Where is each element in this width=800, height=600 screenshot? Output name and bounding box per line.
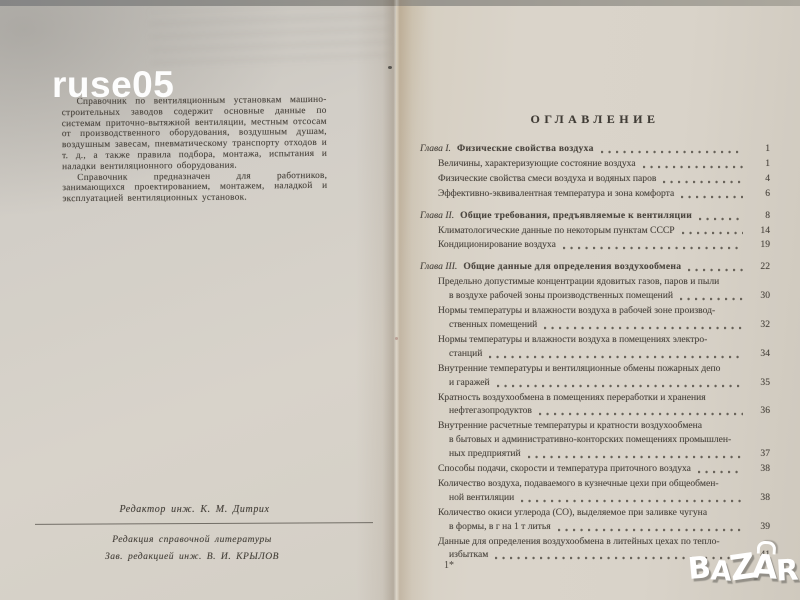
- dot-leader: [497, 384, 743, 388]
- toc-page-number: 4: [746, 172, 770, 186]
- toc-entry-text: Нормы температуры и влажности воздуха в …: [438, 304, 715, 318]
- toc-page-number: 39: [746, 520, 770, 534]
- toc-entry-text: Физические свойства смеси воздуха и водя…: [438, 172, 656, 186]
- dot-leader: [698, 470, 743, 474]
- toc-page-number: 19: [746, 238, 770, 252]
- toc-page-number: 32: [746, 318, 770, 332]
- toc-line: Величины, характеризующие состояние возд…: [420, 157, 770, 171]
- toc-entry: Способы подачи, скорости и температура п…: [420, 462, 770, 476]
- toc-entry: Физические свойства смеси воздуха и водя…: [420, 172, 770, 186]
- dot-leader: [643, 165, 743, 169]
- bazar-watermark: BAZAR: [688, 550, 798, 596]
- signature-mark: 1*: [444, 560, 454, 571]
- toc-line: Количество окиси углерода (СО), выделяем…: [420, 506, 770, 520]
- toc-entry-text: ных предприятий: [449, 447, 521, 461]
- toc-page-number: 1: [746, 142, 770, 156]
- toc-line: Глава II.Общие требования, предъявляемые…: [420, 209, 770, 223]
- dot-leader: [563, 246, 743, 250]
- toc-line: Климатологические данные по некоторым пу…: [420, 224, 770, 238]
- annotation-paragraph: Справочник по вентиляционным установкам …: [62, 95, 328, 173]
- toc-line: в формы, в г на 1 т литья39: [420, 520, 770, 534]
- dot-leader: [688, 268, 743, 272]
- toc-entry-text: ственных помещений: [449, 318, 537, 332]
- toc-entry: Нормы температуры и влажности воздуха в …: [420, 304, 770, 332]
- table-of-contents: ОГЛАВЛЕНИЕ Глава I.Физические свойства в…: [420, 112, 770, 563]
- toc-line: Внутренние расчетные температуры и кратн…: [420, 419, 770, 433]
- toc-page-number: 36: [746, 404, 770, 418]
- toc-line: Внутренние температуры и вентиляционные …: [420, 362, 770, 376]
- toc-line: ных предприятий37: [420, 447, 770, 461]
- dot-leader: [681, 195, 743, 199]
- toc-entry-text: Нормы температуры и влажности воздуха в …: [438, 333, 707, 347]
- toc-entry: Внутренние температуры и вентиляционные …: [420, 362, 770, 390]
- toc-entry-text: Предельно допустимые концентрации ядовит…: [438, 275, 719, 289]
- toc-line: Глава I.Физические свойства воздуха1: [420, 142, 770, 156]
- toc-page-number: 38: [746, 462, 770, 476]
- ruse05-watermark: ruse05: [52, 64, 174, 106]
- toc-entry-text: станций: [449, 347, 482, 361]
- toc-line: Нормы температуры и влажности воздуха в …: [420, 304, 770, 318]
- toc-line: Кондиционирование воздуха19: [420, 238, 770, 252]
- dot-leader: [558, 528, 743, 532]
- toc-line: Глава III.Общие данные для определения в…: [420, 260, 770, 274]
- toc-page-number: 35: [746, 376, 770, 390]
- toc-page-number: 8: [746, 209, 770, 223]
- toc-page-number: 6: [746, 187, 770, 201]
- toc-entry-text: и гаражей: [449, 376, 490, 390]
- toc-entry-text: Количество воздуха, подаваемого в кузнеч…: [438, 477, 719, 491]
- toc-list: Глава I.Физические свойства воздуха1Вели…: [420, 142, 770, 562]
- toc-entry-text: Внутренние температуры и вентиляционные …: [438, 362, 720, 376]
- toc-page-number: 34: [746, 347, 770, 361]
- toc-entry-text: Способы подачи, скорости и температура п…: [438, 462, 691, 476]
- toc-chapter: Глава I.Физические свойства воздуха1: [420, 142, 770, 156]
- toc-page-number: 37: [746, 447, 770, 461]
- toc-line: Предельно допустимые концентрации ядовит…: [420, 275, 770, 289]
- toc-entry-text: Данные для определения воздухообмена в л…: [438, 535, 720, 549]
- toc-chapter-title: Общие требования, предъявляемые к вентил…: [460, 209, 692, 223]
- dot-leader: [680, 297, 743, 301]
- toc-entry-text: Климатологические данные по некоторым пу…: [438, 224, 675, 238]
- toc-line: Нормы температуры и влажности воздуха в …: [420, 333, 770, 347]
- dot-leader: [528, 455, 743, 459]
- toc-entry-text: в бытовых и административно-конторских п…: [449, 433, 731, 447]
- toc-chapter-title: Физические свойства воздуха: [457, 142, 594, 156]
- toc-entry-text: в формы, в г на 1 т литья: [449, 520, 551, 534]
- toc-entry: Кондиционирование воздуха19: [420, 238, 770, 252]
- toc-line: станций34: [420, 347, 770, 361]
- toc-entry-text: нефтегазопродуктов: [449, 404, 532, 418]
- dirt-speck: [395, 337, 398, 340]
- toc-entry: Величины, характеризующие состояние возд…: [420, 157, 770, 171]
- dot-leader: [699, 217, 743, 221]
- toc-entry-text: Внутренние расчетные температуры и кратн…: [438, 419, 702, 433]
- page-showthrough: [149, 4, 391, 74]
- toc-page-number: 38: [746, 491, 770, 505]
- toc-entry-text: в воздухе рабочей зоны производственных …: [449, 289, 673, 303]
- dot-leader: [663, 180, 743, 184]
- book-photo: Справочник по вентиляционным установкам …: [0, 0, 800, 600]
- dot-leader: [521, 499, 743, 503]
- toc-page-number: 14: [746, 224, 770, 238]
- dot-leader: [682, 231, 743, 235]
- toc-line: Эффективно-эквивалентная температура и з…: [420, 187, 770, 201]
- bazar-letter: B: [687, 553, 712, 585]
- toc-entry-text: Кондиционирование воздуха: [438, 238, 556, 252]
- toc-entry: Нормы температуры и влажности воздуха в …: [420, 333, 770, 361]
- toc-entry-text: Эффективно-эквивалентная температура и з…: [438, 187, 674, 201]
- dot-leader: [601, 150, 743, 154]
- toc-chapter-label: Глава II.: [420, 209, 454, 223]
- toc-entry-text: ной вентиляции: [449, 491, 514, 505]
- toc-line: Способы подачи, скорости и температура п…: [420, 462, 770, 476]
- toc-line: в воздухе рабочей зоны производственных …: [420, 289, 770, 303]
- toc-entry-text: Кратность воздухообмена в помещениях пер…: [438, 391, 706, 405]
- dot-leader: [539, 412, 743, 416]
- toc-line: ной вентиляции38: [420, 491, 770, 505]
- staff-line: Редакция справочной литературы: [42, 531, 342, 548]
- toc-chapter-label: Глава I.: [420, 142, 451, 156]
- toc-entry: Предельно допустимые концентрации ядовит…: [420, 275, 770, 303]
- staff-block: Редакция справочной литературыЗав. редак…: [42, 531, 342, 565]
- toc-chapter-title: Общие данные для определения воздухообме…: [463, 260, 681, 274]
- toc-entry-text: Величины, характеризующие состояние возд…: [438, 157, 636, 171]
- toc-entry-text: Количество окиси углерода (СО), выделяем…: [438, 506, 707, 520]
- annotation-paragraph: Справочник предназначен для работников, …: [62, 170, 327, 205]
- toc-entry: Внутренние расчетные температуры и кратн…: [420, 419, 770, 461]
- toc-line: ственных помещений32: [420, 318, 770, 332]
- dot-leader: [489, 355, 743, 359]
- toc-line: и гаражей35: [420, 376, 770, 390]
- toc-entry: Климатологические данные по некоторым пу…: [420, 224, 770, 238]
- annotation: Справочник по вентиляционным установкам …: [62, 95, 328, 205]
- toc-page-number: 30: [746, 289, 770, 303]
- toc-line: Кратность воздухообмена в помещениях пер…: [420, 391, 770, 405]
- toc-entry: Кратность воздухообмена в помещениях пер…: [420, 391, 770, 419]
- dirt-speck: [388, 66, 392, 69]
- staff-line: Зав. редакцией инж. В. И. КРЫЛОВ: [42, 548, 342, 565]
- toc-line: Данные для определения воздухообмена в л…: [420, 535, 770, 549]
- toc-line: нефтегазопродуктов36: [420, 404, 770, 418]
- toc-line: Количество воздуха, подаваемого в кузнеч…: [420, 477, 770, 491]
- toc-line: в бытовых и административно-конторских п…: [420, 433, 770, 447]
- toc-chapter: Глава III.Общие данные для определения в…: [420, 260, 770, 274]
- dot-leader: [544, 326, 743, 330]
- toc-entry-text: избыткам: [449, 548, 488, 562]
- bazar-letter: R: [775, 555, 799, 585]
- toc-line: Физические свойства смеси воздуха и водя…: [420, 172, 770, 186]
- toc-entry: Количество окиси углерода (СО), выделяем…: [420, 506, 770, 534]
- toc-page-number: 22: [746, 260, 770, 274]
- toc-chapter: Глава II.Общие требования, предъявляемые…: [420, 209, 770, 223]
- toc-entry: Количество воздуха, подаваемого в кузнеч…: [420, 477, 770, 505]
- editor-line: Редактор инж. К. М. Дитрих: [62, 504, 327, 515]
- toc-page-number: 1: [746, 157, 770, 171]
- toc-heading: ОГЛАВЛЕНИЕ: [420, 112, 770, 127]
- toc-entry: Эффективно-эквивалентная температура и з…: [420, 187, 770, 201]
- toc-chapter-label: Глава III.: [420, 260, 457, 274]
